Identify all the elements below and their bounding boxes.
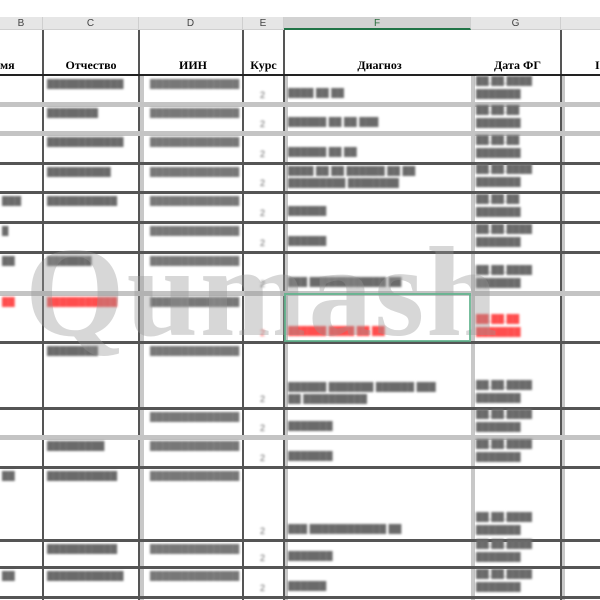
cell-patronymic[interactable]: █████████ xyxy=(47,441,137,451)
cell-fg-date[interactable]: ██.██.████ xyxy=(476,439,558,449)
cell-diagnosis[interactable]: ██████ ██ ██ ███ xyxy=(288,117,468,127)
cell-name[interactable]: ██ xyxy=(2,256,42,266)
cell-iin[interactable]: ██████████████ xyxy=(150,108,240,118)
cell-fg-date[interactable]: ██.██.████ xyxy=(476,224,558,234)
cell-patronymic[interactable]: ████████████ xyxy=(47,79,137,89)
column-header-d[interactable]: D xyxy=(139,17,243,30)
cell-course[interactable]: 2 xyxy=(260,553,280,563)
cell-fg-date-line2[interactable]: ███████ xyxy=(476,207,558,217)
cell-diagnosis[interactable]: ██████ ███████ ██████ ███ xyxy=(288,382,468,392)
cell-course[interactable]: 2 xyxy=(260,149,280,159)
row-border xyxy=(0,466,600,469)
cell-iin[interactable]: ██████████████ xyxy=(150,196,240,206)
header-next[interactable]: I xyxy=(565,30,600,75)
cell-course[interactable]: 2 xyxy=(260,178,280,188)
cell-course[interactable]: 2 xyxy=(260,453,280,463)
header-iin[interactable]: ИИН xyxy=(144,30,242,75)
cell-diagnosis-line2[interactable]: █████████ ████████ xyxy=(288,178,468,188)
cell-diagnosis[interactable]: ███████ xyxy=(288,551,468,561)
cell-course[interactable]: 2 xyxy=(260,90,280,100)
cell-iin[interactable]: ██████████████ xyxy=(150,471,240,481)
header-label: мя xyxy=(0,58,15,73)
cell-diagnosis[interactable]: ███ ████████████ ██ xyxy=(288,524,468,534)
header-label: ИИН xyxy=(179,58,207,73)
cell-course[interactable]: 2 xyxy=(260,328,280,338)
cell-iin[interactable]: ██████████████ xyxy=(150,256,240,266)
cell-patronymic[interactable]: ████████ xyxy=(47,108,137,118)
cell-fg-date[interactable]: ██.██.████ xyxy=(476,512,558,522)
cell-fg-date[interactable]: ██.██.████ xyxy=(476,569,558,579)
cell-patronymic[interactable]: ███████████ xyxy=(47,544,137,554)
cell-course[interactable]: 2 xyxy=(260,208,280,218)
cell-fg-date-line2[interactable]: ███████ xyxy=(476,525,558,535)
cell-fg-date-line2[interactable]: ███████ xyxy=(476,393,558,403)
cell-course[interactable]: 2 xyxy=(260,238,280,248)
cell-fg-date-line2[interactable]: ███████ xyxy=(476,278,558,288)
cell-fg-date-line2[interactable]: ███████ xyxy=(476,552,558,562)
cell-patronymic[interactable]: ███████████ xyxy=(47,196,137,206)
col-border-shade xyxy=(562,75,565,600)
cell-name[interactable]: ██ xyxy=(2,297,42,307)
cell-fg-date[interactable]: ██.██.████ xyxy=(476,380,558,390)
cell-course[interactable]: 2 xyxy=(260,394,280,404)
cell-course[interactable]: 2 xyxy=(260,279,280,289)
header-name[interactable]: мя xyxy=(0,30,42,75)
cell-patronymic[interactable]: ███████ xyxy=(47,256,137,266)
cell-iin[interactable]: ██████████████ xyxy=(150,346,240,356)
column-header-f[interactable]: F xyxy=(284,17,471,30)
cell-iin[interactable]: ██████████████ xyxy=(150,441,240,451)
cell-fg-date-line2[interactable]: ███████ xyxy=(476,89,558,99)
cell-name[interactable]: ███ xyxy=(2,196,42,206)
cell-course[interactable]: 2 xyxy=(260,423,280,433)
cell-fg-date-line2[interactable]: ███████ xyxy=(476,118,558,128)
cell-fg-date-line2[interactable]: ███████ xyxy=(476,422,558,432)
cell-diagnosis[interactable]: ███████ xyxy=(288,451,468,461)
column-header-c[interactable]: C xyxy=(43,17,139,30)
col-border-shade xyxy=(471,75,475,600)
cell-patronymic[interactable]: ████████ xyxy=(47,346,137,356)
column-header-b[interactable]: B xyxy=(0,17,43,30)
header-fg-date[interactable]: Дата ФГ xyxy=(475,30,560,75)
row-border xyxy=(0,596,600,599)
cell-patronymic[interactable]: ████████████ xyxy=(47,571,137,581)
cell-fg-date[interactable]: ██.██.████ xyxy=(476,265,558,275)
row-border xyxy=(0,251,600,254)
cell-course[interactable]: 2 xyxy=(260,119,280,129)
cell-iin[interactable]: ██████████████ xyxy=(150,226,240,236)
cell-fg-date-line2[interactable]: ███████ xyxy=(476,327,558,337)
cell-diagnosis[interactable]: ██████ xyxy=(288,236,468,246)
header-label: Отчество xyxy=(65,58,116,73)
col-border xyxy=(242,30,244,600)
cell-fg-date[interactable]: ██.██.██ xyxy=(476,105,558,115)
cell-iin[interactable]: ██████████████ xyxy=(150,412,240,422)
col-border xyxy=(42,30,44,600)
cell-fg-date[interactable]: ██.██.████ xyxy=(476,76,558,86)
cell-name[interactable]: ██ xyxy=(2,471,42,481)
header-label: Диагноз xyxy=(357,58,401,73)
cell-fg-date-line2[interactable]: ███████ xyxy=(476,582,558,592)
cell-diagnosis[interactable]: ██████ xyxy=(288,581,468,591)
cell-fg-date-line2[interactable]: ███████ xyxy=(476,148,558,158)
cell-diagnosis[interactable]: ███████ xyxy=(288,421,468,431)
header-label: Курс xyxy=(250,58,276,73)
top-bar xyxy=(0,0,600,17)
cell-fg-date[interactable]: ██.██.████ xyxy=(476,539,558,549)
cell-name[interactable]: ██ xyxy=(2,571,42,581)
cell-patronymic[interactable]: ██████████ xyxy=(47,167,137,177)
cell-name[interactable]: █ xyxy=(2,226,42,236)
cell-fg-date[interactable]: ██.██.██ xyxy=(476,194,558,204)
cell-diagnosis[interactable]: ██████ xyxy=(288,206,468,216)
cell-diagnosis[interactable]: ███ ████████████ ██ xyxy=(288,277,468,287)
header-label: Дата ФГ xyxy=(494,58,541,73)
cell-fg-date[interactable]: ██.██.████ xyxy=(476,164,558,174)
cell-course[interactable]: 2 xyxy=(260,526,280,536)
cell-fg-date[interactable]: ██.██.██ xyxy=(476,314,558,324)
cell-iin[interactable]: ██████████████ xyxy=(150,544,240,554)
cell-fg-date-line2[interactable]: ███████ xyxy=(476,237,558,247)
column-header-h[interactable] xyxy=(561,17,600,30)
cell-iin[interactable]: ██████████████ xyxy=(150,79,240,89)
cell-patronymic[interactable]: ███████████ xyxy=(47,471,137,481)
cell-diagnosis[interactable]: ██████ ██ ██ xyxy=(288,147,468,157)
col-border-shade xyxy=(140,75,144,600)
header-diagnosis[interactable]: Диагноз xyxy=(288,30,471,75)
cell-iin[interactable]: ██████████████ xyxy=(150,297,240,307)
cell-diagnosis[interactable]: ████ ██ ██ xyxy=(288,88,468,98)
header-label: I xyxy=(595,58,600,73)
cell-iin[interactable]: ██████████████ xyxy=(150,167,240,177)
active-cell-selection[interactable] xyxy=(284,293,471,342)
cell-iin[interactable]: ██████████████ xyxy=(150,571,240,581)
column-header-g[interactable]: G xyxy=(471,17,561,30)
cell-diagnosis[interactable]: ████ ██ ██ ██████ ██ ██ xyxy=(288,166,468,176)
cell-patronymic[interactable]: ████████████ xyxy=(47,137,137,147)
cell-fg-date[interactable]: ██.██.████ xyxy=(476,409,558,419)
cell-patronymic[interactable]: ███████████ xyxy=(47,297,137,307)
header-course[interactable]: Курс xyxy=(244,30,283,75)
cell-diagnosis-line2[interactable]: ██ ██████████ xyxy=(288,394,468,404)
cell-iin[interactable]: ██████████████ xyxy=(150,137,240,147)
cell-fg-date[interactable]: ██.██.██ xyxy=(476,135,558,145)
cell-course[interactable]: 2 xyxy=(260,583,280,593)
cell-fg-date-line2[interactable]: ███████ xyxy=(476,452,558,462)
column-header-e[interactable]: E xyxy=(243,17,284,30)
header-patronymic[interactable]: Отчество xyxy=(44,30,138,75)
cell-fg-date-line2[interactable]: ███████ xyxy=(476,177,558,187)
